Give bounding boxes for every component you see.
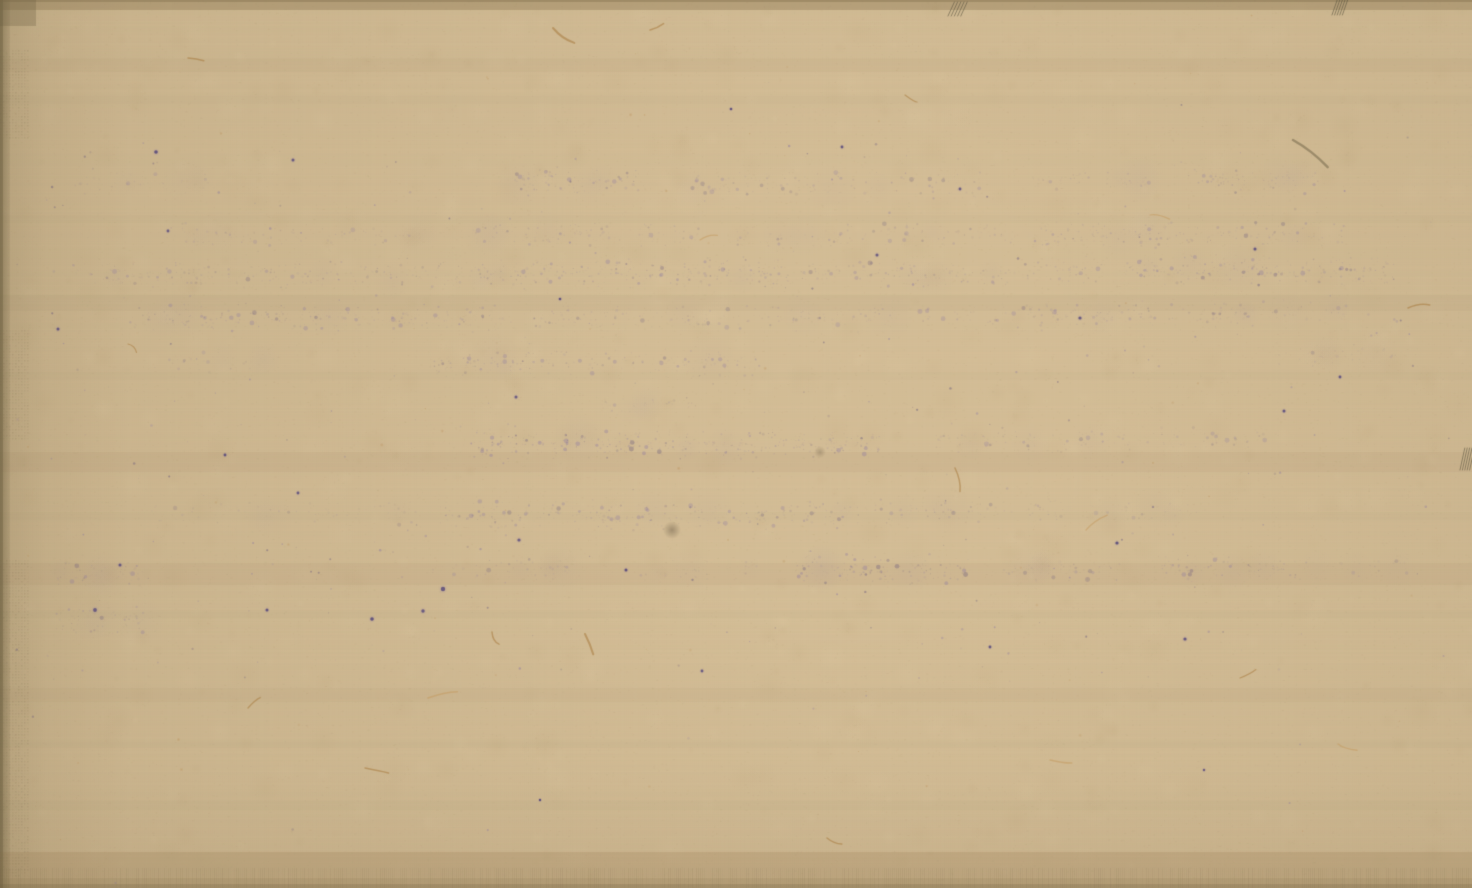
paper-sheet-texture	[0, 0, 1472, 888]
scanned-aged-paper-document	[0, 0, 1472, 888]
